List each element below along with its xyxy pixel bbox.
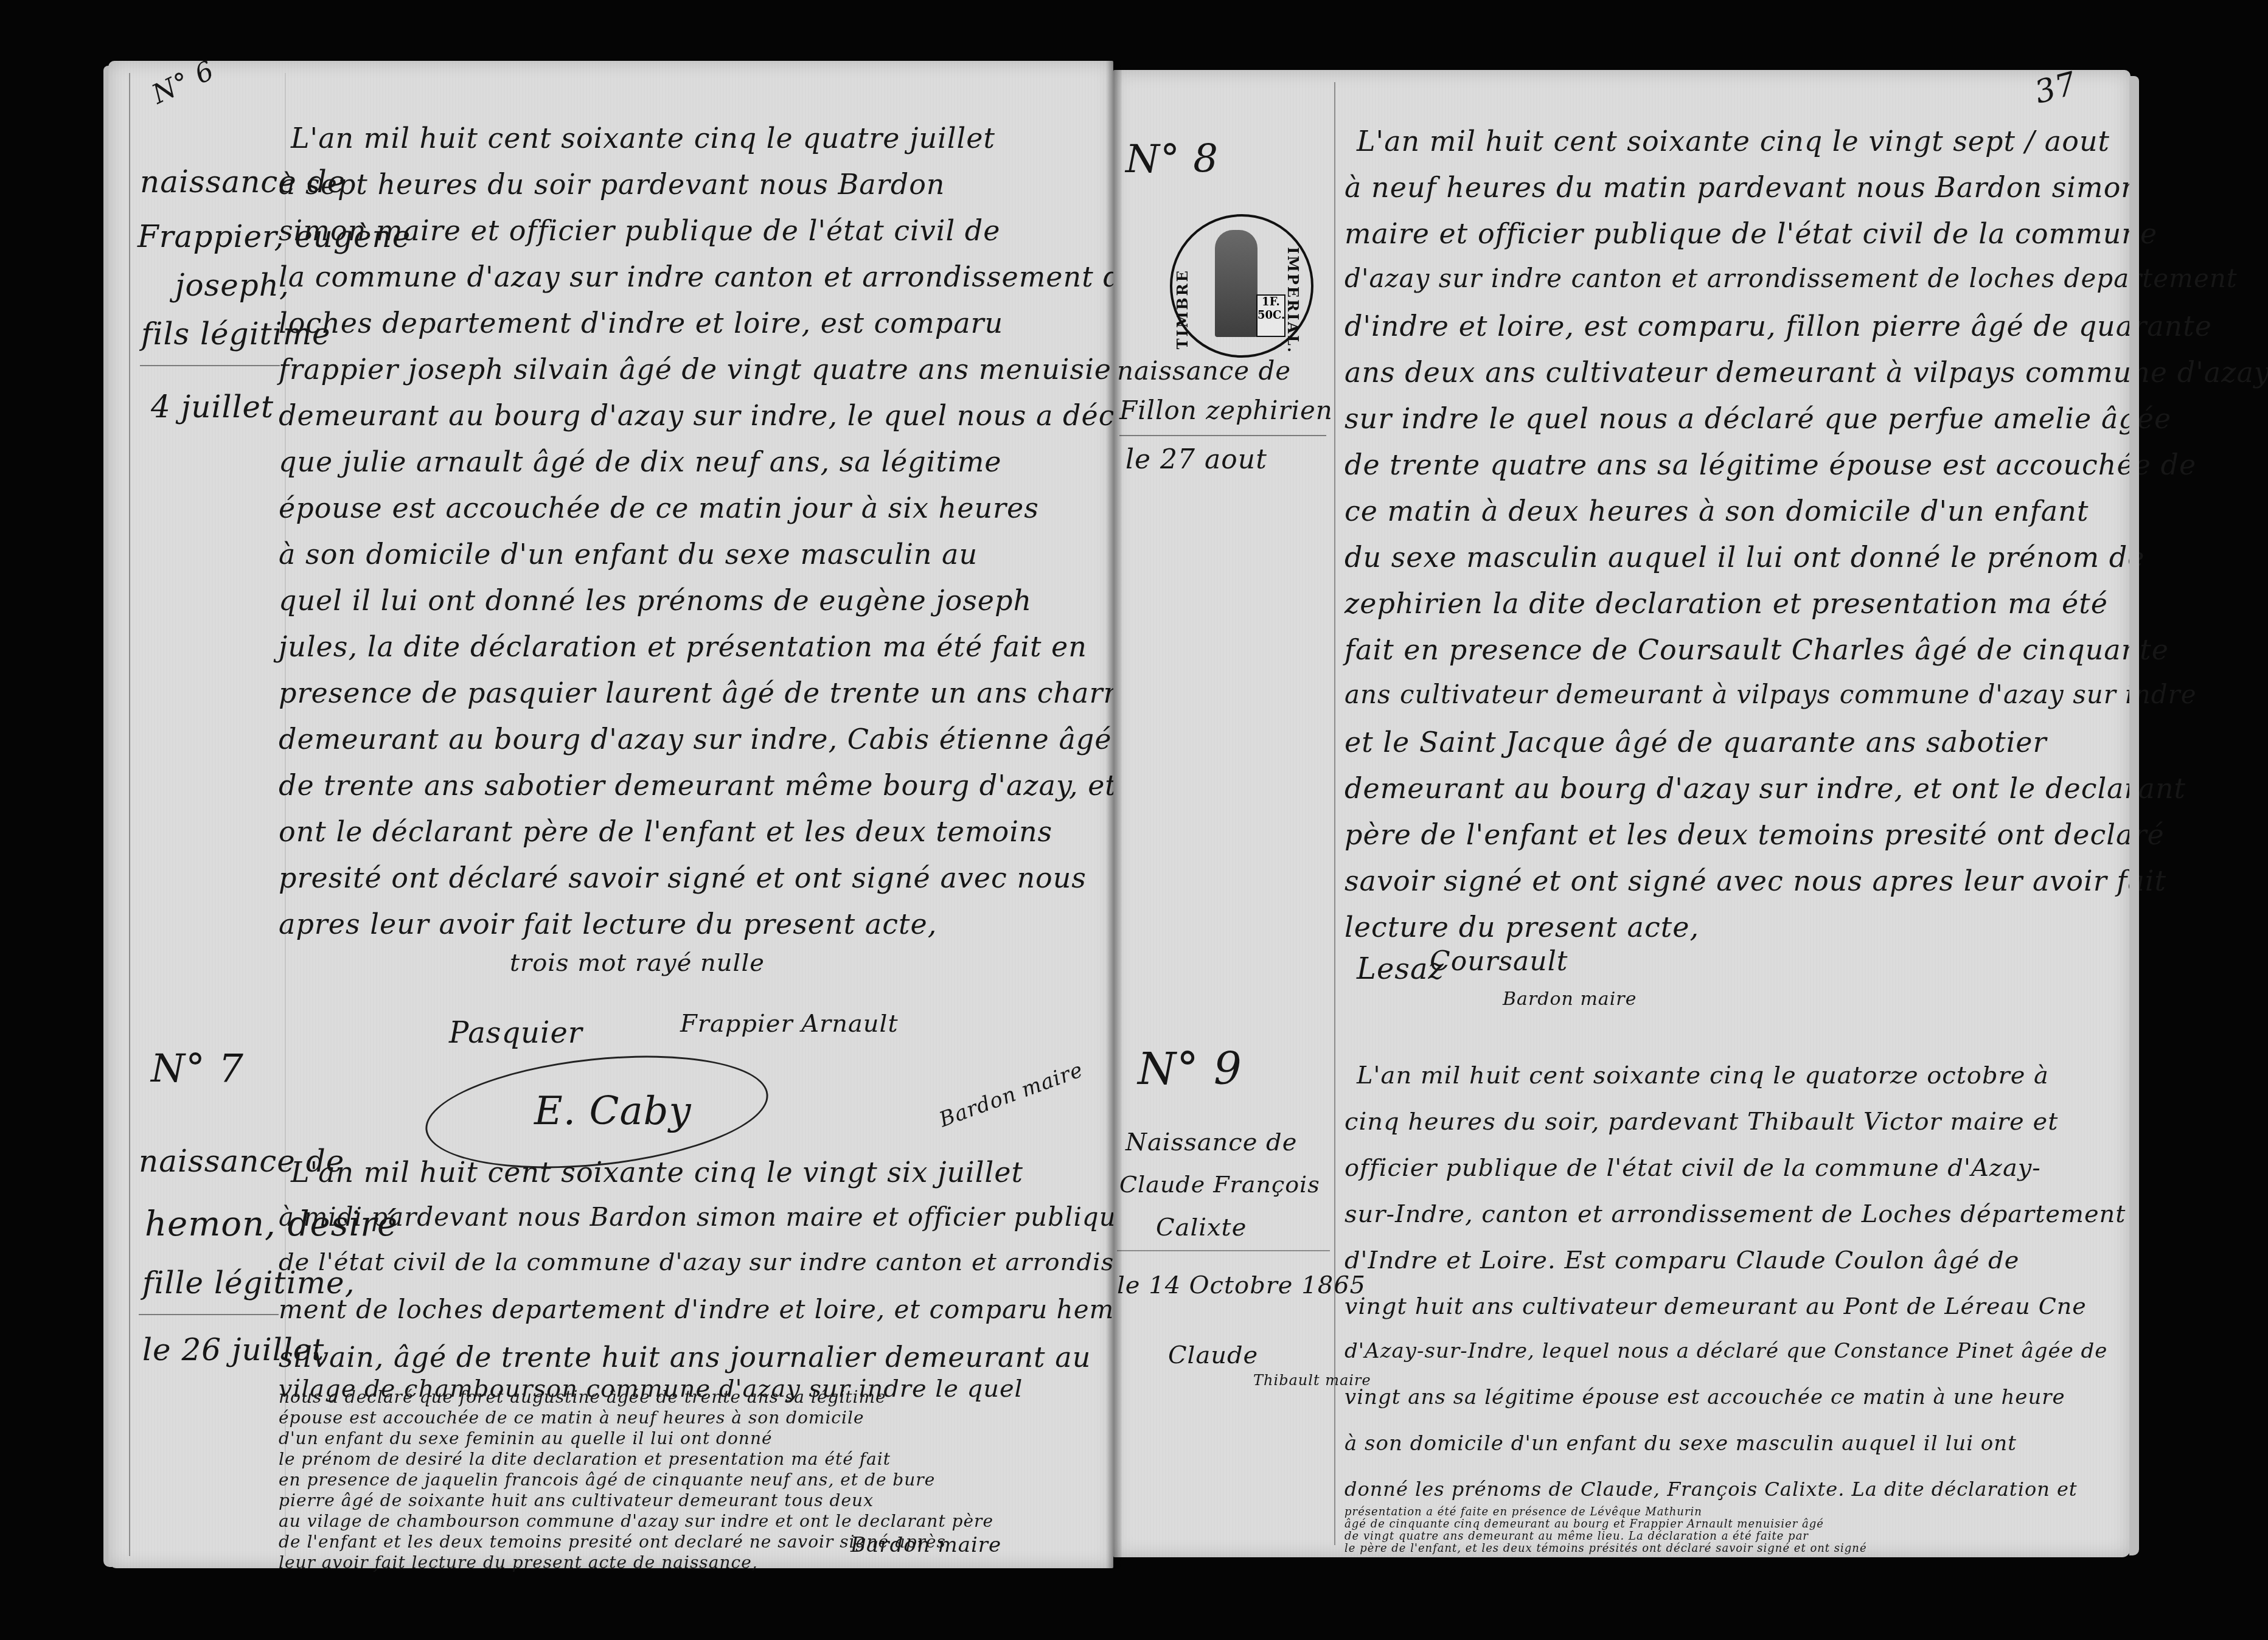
record-line: sur indre le quel nous a déclaré que per… bbox=[1344, 402, 2171, 435]
record-line: zephirien la dite declaration et present… bbox=[1344, 587, 2108, 620]
record-line: au vilage de chambourson commune d'azay … bbox=[279, 1511, 993, 1531]
record-line: d'Azay-sur-Indre, lequel nous a déclaré … bbox=[1344, 1339, 2107, 1363]
book-gutter bbox=[1106, 61, 1122, 1569]
record-line: épouse est accouchée de ce matin jour à … bbox=[279, 492, 1039, 524]
record-line: quel il lui ont donné les prénoms de eug… bbox=[279, 584, 1032, 617]
record-line: d'azay sur indre canton et arrondissemen… bbox=[1344, 263, 2238, 293]
left-margin-rule bbox=[129, 73, 130, 1556]
stamp-left-text: TIMBRE bbox=[1174, 269, 1191, 349]
record-line: père de l'enfant et les deux temoins pre… bbox=[1344, 818, 2165, 851]
record-line: demeurant au bourg d'azay sur indre, et … bbox=[1344, 772, 2186, 805]
margin-divider bbox=[140, 365, 280, 366]
signature-coursault: Coursault bbox=[1430, 946, 1568, 977]
record-line: lecture du present acte, bbox=[1344, 911, 1699, 943]
record-line: ont le déclarant père de l'enfant et les… bbox=[279, 815, 1052, 848]
left-page: N° 6 naissance de Frappier, eugène josep… bbox=[108, 61, 1113, 1568]
right-page-stack bbox=[2129, 76, 2139, 1555]
record-line: de trente quatre ans sa légitime épouse … bbox=[1344, 448, 2196, 481]
margin-line: naissance de bbox=[1117, 356, 1291, 386]
record-line: de l'enfant et les deux temoins presité … bbox=[279, 1532, 946, 1552]
record-line: pierre âgé de soixante huit ans cultivat… bbox=[279, 1490, 874, 1510]
record-line: demeurant au bourg d'azay sur indre, le … bbox=[279, 399, 1173, 432]
margin-line: Claude François bbox=[1119, 1171, 1320, 1198]
margin-divider bbox=[1117, 1250, 1330, 1251]
record-line: en presence de jaquelin francois âgé de … bbox=[279, 1470, 935, 1490]
stamp-value-francs: 1F. bbox=[1257, 296, 1284, 309]
record-line: ce matin à deux heures à son domicile d'… bbox=[1344, 495, 2089, 527]
record-line: presité ont déclaré savoir signé et ont … bbox=[279, 861, 1087, 894]
record-line: le père de l'enfant, et les deux témoins… bbox=[1344, 1542, 1867, 1555]
record-line: vingt huit ans cultivateur demeurant au … bbox=[1344, 1293, 2087, 1319]
record-line: L'an mil huit cent soixante cinq le ving… bbox=[1357, 125, 2110, 158]
record-line: que julie arnault âgé de dix neuf ans, s… bbox=[279, 445, 1002, 478]
record-number-8: N° 8 bbox=[1125, 137, 1219, 182]
record-number-7: N° 7 bbox=[151, 1046, 244, 1091]
signature-bardon-maire: Bardon maire bbox=[1503, 989, 1637, 1010]
record-line: à neuf heures du matin pardevant nous Ba… bbox=[1344, 171, 2140, 204]
record-line: âgé de cinquante cinq demeurant au bourg… bbox=[1344, 1518, 1824, 1531]
margin-date: le 14 Octobre 1865 bbox=[1117, 1271, 1366, 1299]
record-line: officier publique de l'état civil de la … bbox=[1344, 1154, 2041, 1182]
record-line: frappier joseph silvain âgé de vingt qua… bbox=[279, 353, 1125, 386]
record-line: demeurant au bourg d'azay sur indre, Cab… bbox=[279, 723, 1112, 756]
folio-number: 37 bbox=[2031, 65, 2080, 111]
record-line: de trente ans sabotier demeurant même bo… bbox=[279, 769, 1117, 802]
record-line: de l'état civil de la commune d'azay sur… bbox=[279, 1248, 1143, 1276]
record-line: cinq heures du soir, pardevant Thibault … bbox=[1344, 1108, 2058, 1136]
record-line: L'an mil huit cent soixante cinq le quat… bbox=[291, 122, 995, 155]
record-line: loches departement d'indre et loire, est… bbox=[279, 307, 1003, 339]
margin-divider bbox=[139, 1314, 279, 1315]
record-line: apres leur avoir fait lecture du present… bbox=[279, 908, 937, 940]
record-line: et le Saint Jacque âgé de quarante ans s… bbox=[1344, 726, 2047, 759]
timbre-imperial-stamp: TIMBRE IMPERIAL. 1F. 50C. bbox=[1170, 214, 1313, 358]
page-record-number: N° 6 bbox=[147, 55, 219, 110]
signature-bardon-maire: Bardon maire bbox=[850, 1533, 1001, 1557]
record-line: savoir signé et ont signé avec nous apre… bbox=[1344, 864, 2166, 897]
record-line: présentation a été faite en présence de … bbox=[1344, 1506, 1702, 1518]
annotation-note: trois mot rayé nulle bbox=[510, 949, 765, 977]
record-line: L'an mil huit cent soixante cinq le quat… bbox=[1357, 1061, 2049, 1089]
record-line: d'Indre et Loire. Est comparu Claude Cou… bbox=[1344, 1246, 2019, 1274]
margin-date: 4 juillet bbox=[151, 389, 274, 425]
record-line: d'indre et loire, est comparu, fillon pi… bbox=[1344, 310, 2212, 342]
record-line: ans cultivateur demeurant à vilpays comm… bbox=[1344, 679, 2197, 709]
record-line: sur-Indre, canton et arrondissement de L… bbox=[1344, 1200, 2126, 1228]
margin-divider bbox=[1119, 435, 1326, 436]
record-line: du sexe masculin auquel il lui ont donné… bbox=[1344, 541, 2145, 574]
signature-bardon-maire: Bardon maire bbox=[936, 1058, 1087, 1132]
margin-line: Naissance de bbox=[1125, 1128, 1297, 1156]
record-line: donné les prénoms de Claude, François Ca… bbox=[1344, 1478, 2078, 1501]
right-margin-rule bbox=[1334, 82, 1335, 1545]
record-line: la commune d'azay sur indre canton et ar… bbox=[279, 260, 1139, 293]
record-line: simon maire et officier publique de l'ét… bbox=[279, 214, 1001, 247]
record-line: fait en presence de Coursault Charles âg… bbox=[1344, 633, 2169, 666]
record-line: silvain, âgé de trente huit ans journali… bbox=[279, 1341, 1091, 1374]
record-line: de vingt quatre ans demeurant au même li… bbox=[1344, 1530, 1809, 1543]
record-line: épouse est accouchée de ce matin à neuf … bbox=[279, 1408, 864, 1428]
margin-date: le 27 aout bbox=[1125, 444, 1267, 475]
justice-figure-icon bbox=[1215, 230, 1257, 337]
record-line: à sept heures du soir pardevant nous Bar… bbox=[279, 168, 945, 201]
record-line: à midi pardevant nous Bardon simon maire… bbox=[279, 1202, 1132, 1232]
record-line: L'an mil huit cent soixante cinq le ving… bbox=[291, 1156, 1023, 1189]
margin-signature-claude: Claude bbox=[1168, 1341, 1258, 1369]
record-line: presence de pasquier laurent âgé de tren… bbox=[279, 676, 1153, 709]
record-line: leur avoir fait lecture du present acte … bbox=[279, 1552, 758, 1572]
margin-line: Fillon zephirien bbox=[1119, 395, 1333, 425]
record-line: maire et officier publique de l'état civ… bbox=[1344, 217, 2157, 250]
record-line: jules, la dite déclaration et présentati… bbox=[279, 630, 1087, 663]
record-line: vingt ans sa légitime épouse est accouch… bbox=[1344, 1385, 2065, 1409]
record-line: à son domicile d'un enfant du sexe mascu… bbox=[1344, 1431, 2017, 1456]
stamp-value-centimes: 50C. bbox=[1257, 309, 1284, 322]
margin-line: joseph, bbox=[175, 268, 290, 303]
record-line: d'un enfant du sexe feminin au quelle il… bbox=[279, 1428, 773, 1448]
signature-frappier-arnault: Frappier Arnault bbox=[680, 1010, 898, 1038]
record-line: à son domicile d'un enfant du sexe mascu… bbox=[279, 538, 978, 571]
signature-pasquier: Pasquier bbox=[449, 1016, 583, 1050]
record-line: le prénom de desiré la dite declaration … bbox=[279, 1449, 891, 1469]
record-line: nous a declaré que foret augustine âgée … bbox=[279, 1387, 886, 1407]
signature-caby: E. Caby bbox=[534, 1089, 692, 1134]
record-number-9: N° 9 bbox=[1138, 1043, 1242, 1094]
stamp-value: 1F. 50C. bbox=[1256, 294, 1285, 337]
margin-line: Calixte bbox=[1156, 1214, 1247, 1242]
stamp-right-text: IMPERIAL. bbox=[1284, 247, 1302, 354]
record-line: ment de loches departement d'indre et lo… bbox=[279, 1294, 1147, 1324]
